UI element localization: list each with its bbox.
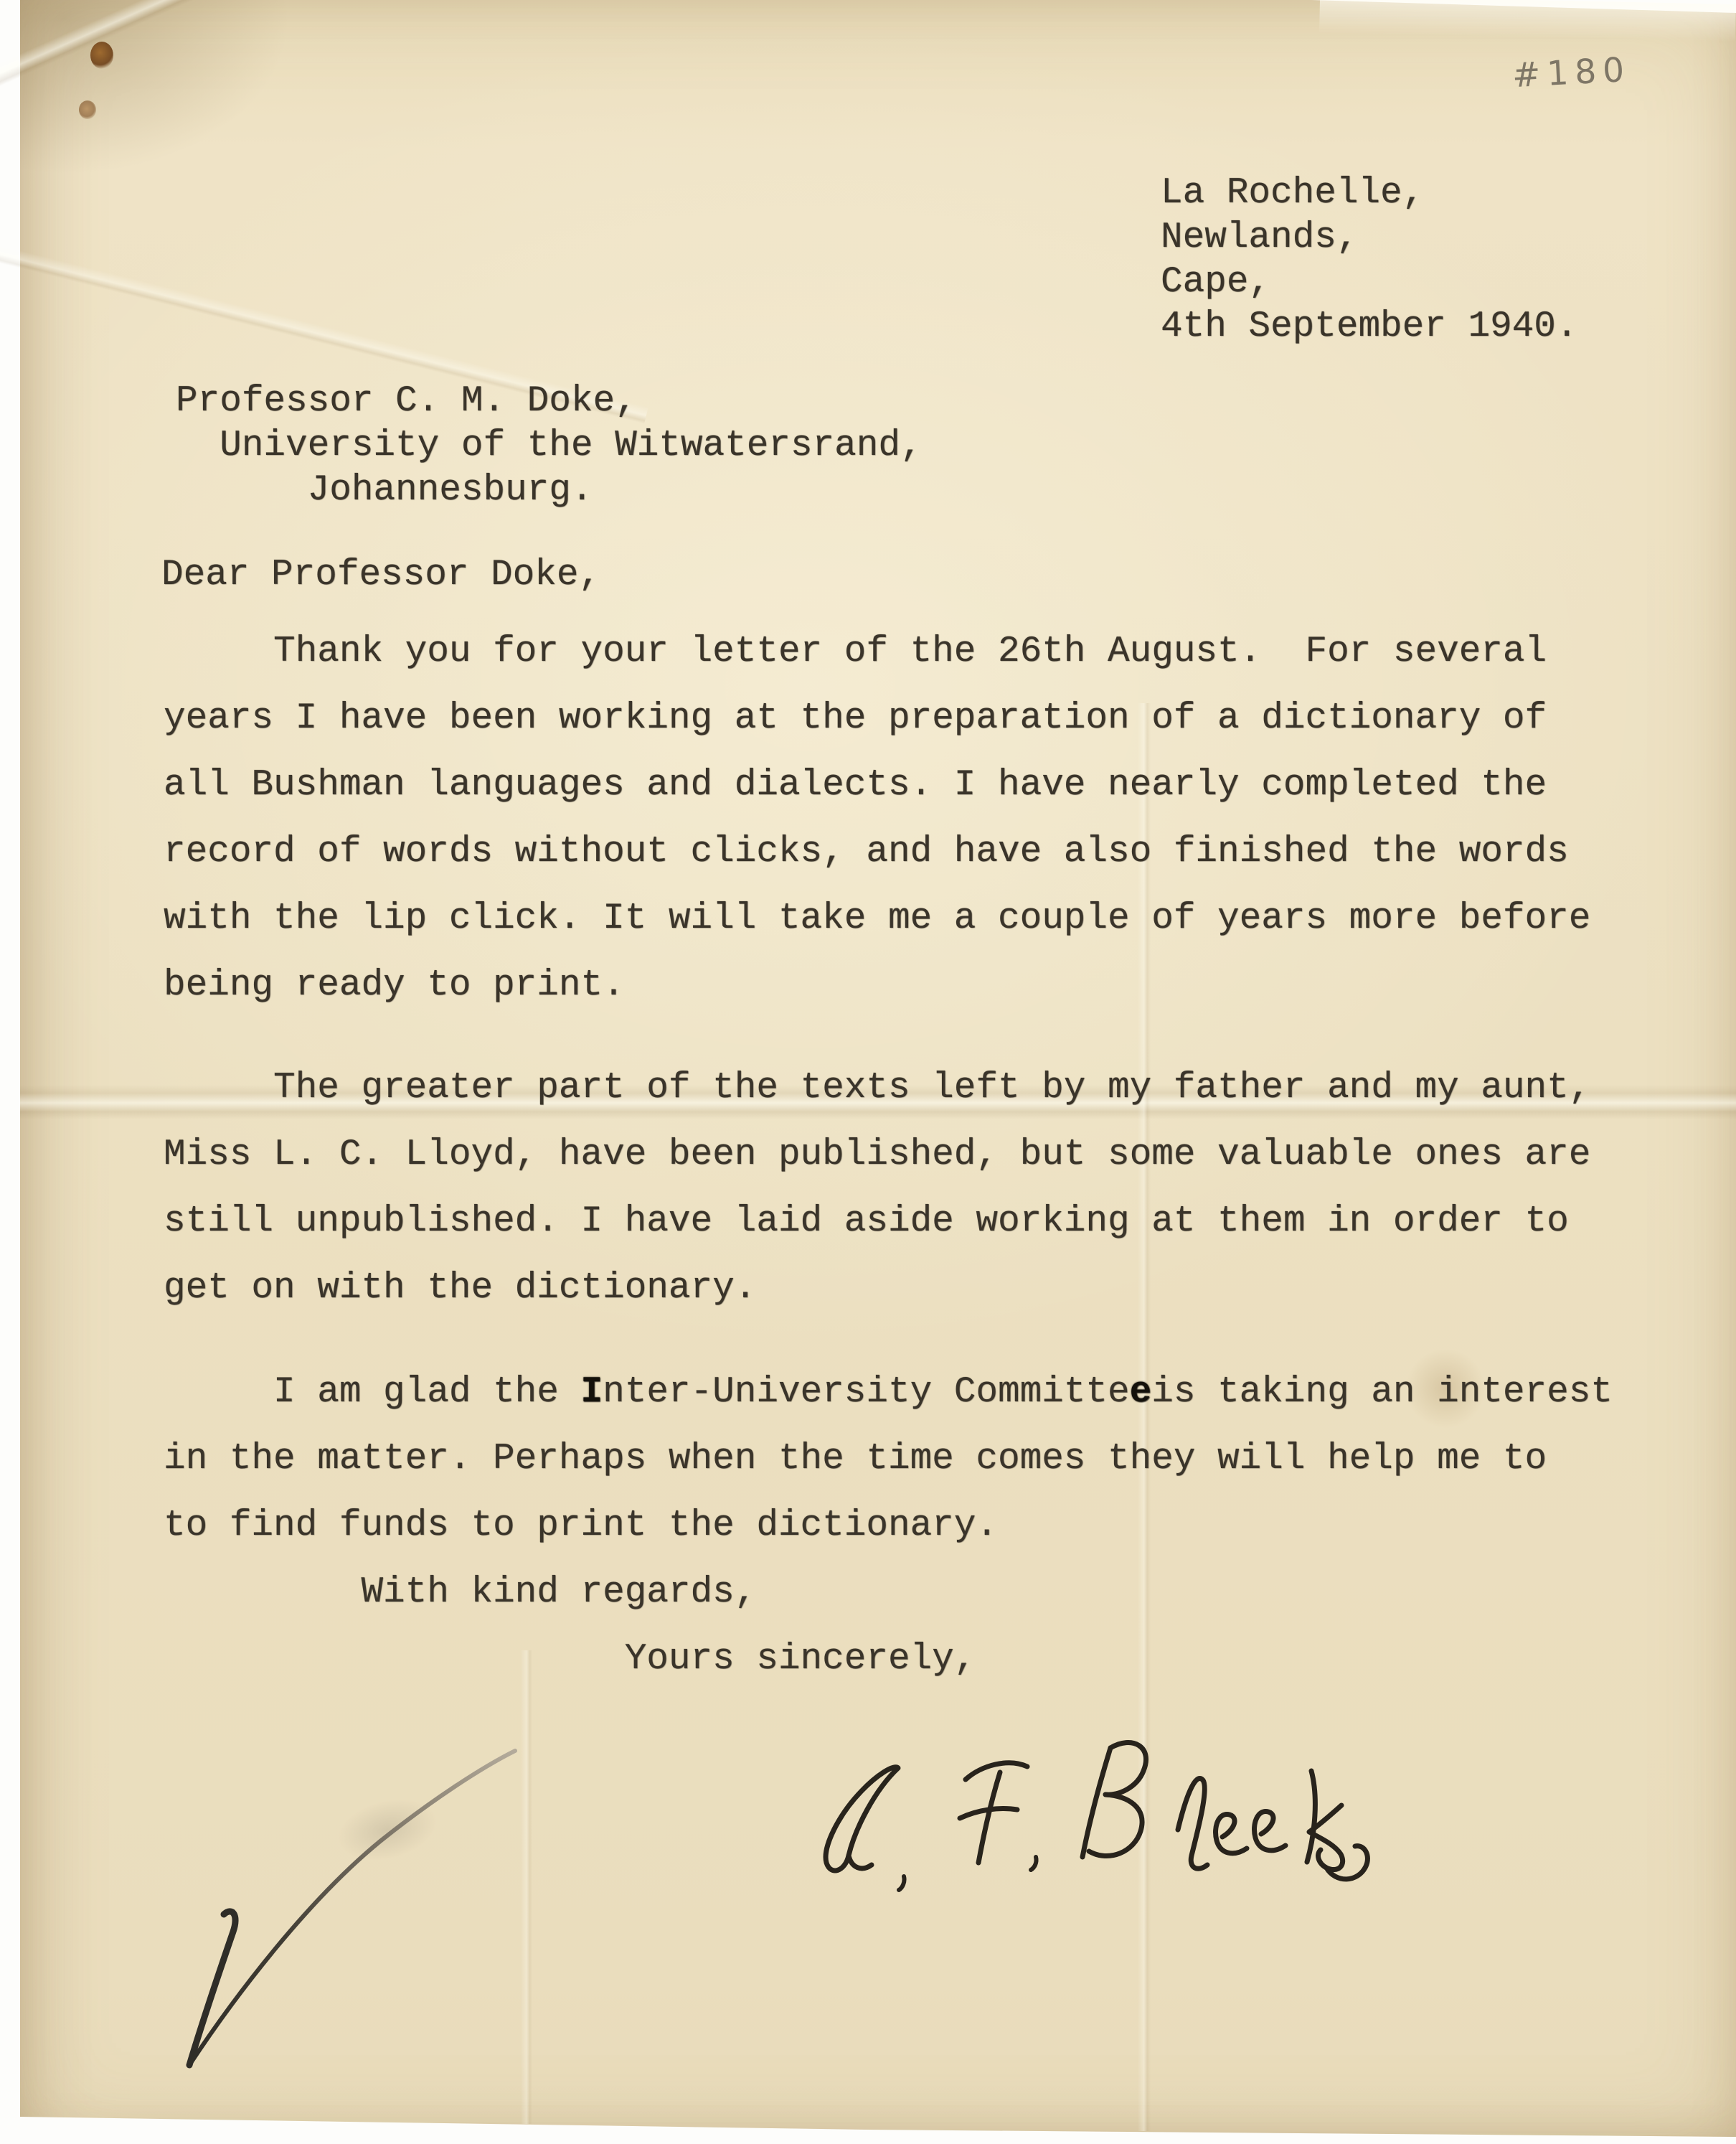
recipient-line: University of the Witwatersrand, xyxy=(176,424,923,469)
body-line: being ready to print. xyxy=(164,952,1613,1019)
recipient-line: Johannesburg. xyxy=(176,469,923,513)
signature: D. F. Bleek xyxy=(789,1702,1392,1924)
closing-regards: With kind regards, xyxy=(164,1559,1613,1626)
signature-ink-svg xyxy=(789,1702,1392,1924)
body-line: with the lip click. It will take me a co… xyxy=(164,885,1613,952)
body-line-with-corrections: I am glad the Inter-University Committee… xyxy=(164,1359,1613,1426)
body-line: in the matter. Perhaps when the time com… xyxy=(164,1426,1613,1492)
sender-line: Cape, xyxy=(1161,260,1578,305)
body-line: get on with the dictionary. xyxy=(164,1255,1613,1322)
body-line: Miss L. C. Lloyd, have been published, b… xyxy=(164,1122,1613,1188)
body-line: record of words without clicks, and have… xyxy=(164,819,1613,885)
recipient-address-block: Professor C. M. Doke, University of the … xyxy=(176,380,923,513)
checkmark-svg xyxy=(143,1708,545,2110)
sender-address-block: La Rochelle, Newlands, Cape, 4th Septemb… xyxy=(1161,171,1578,349)
letter-date: 4th September 1940. xyxy=(1161,305,1578,349)
letter-body: Thank you for your letter of the 26th Au… xyxy=(164,619,1613,1693)
body-paragraph-2: The greater part of the texts left by my… xyxy=(164,1055,1613,1322)
body-line: all Bushman languages and dialects. I ha… xyxy=(164,752,1613,819)
body-line: to find funds to print the dictionary. xyxy=(164,1492,1613,1559)
sender-line: La Rochelle, xyxy=(1161,171,1578,216)
salutation: Dear Professor Doke, xyxy=(161,553,600,598)
typed-text: nter-University Committe xyxy=(603,1372,1130,1413)
ref-number-annotation: #180 xyxy=(1511,50,1632,96)
pencil-checkmark-icon xyxy=(143,1708,545,2110)
recipient-line: Professor C. M. Doke, xyxy=(176,380,923,424)
body-line: The greater part of the texts left by my… xyxy=(164,1055,1613,1122)
closing-sincerely: Yours sincerely, xyxy=(164,1626,1613,1693)
scanned-letter-page: #180 La Rochelle, Newlands, Cape, 4th Se… xyxy=(0,0,1736,2144)
overstruck-letter-i: I xyxy=(581,1372,603,1413)
closing-block: With kind regards, Yours sincerely, xyxy=(164,1559,1613,1693)
body-paragraph-1: Thank you for your letter of the 26th Au… xyxy=(164,619,1613,1019)
sender-line: Newlands, xyxy=(1161,216,1578,260)
body-paragraph-3: I am glad the Inter-University Committee… xyxy=(164,1359,1613,1559)
body-line: Thank you for your letter of the 26th Au… xyxy=(164,619,1613,685)
typed-text: is taking an interest xyxy=(1151,1372,1613,1413)
typed-text: I am glad the xyxy=(164,1372,581,1413)
body-line: still unpublished. I have laid aside wor… xyxy=(164,1188,1613,1255)
overstruck-letter-e: e xyxy=(1130,1372,1152,1413)
body-line: years I have been working at the prepara… xyxy=(164,685,1613,752)
